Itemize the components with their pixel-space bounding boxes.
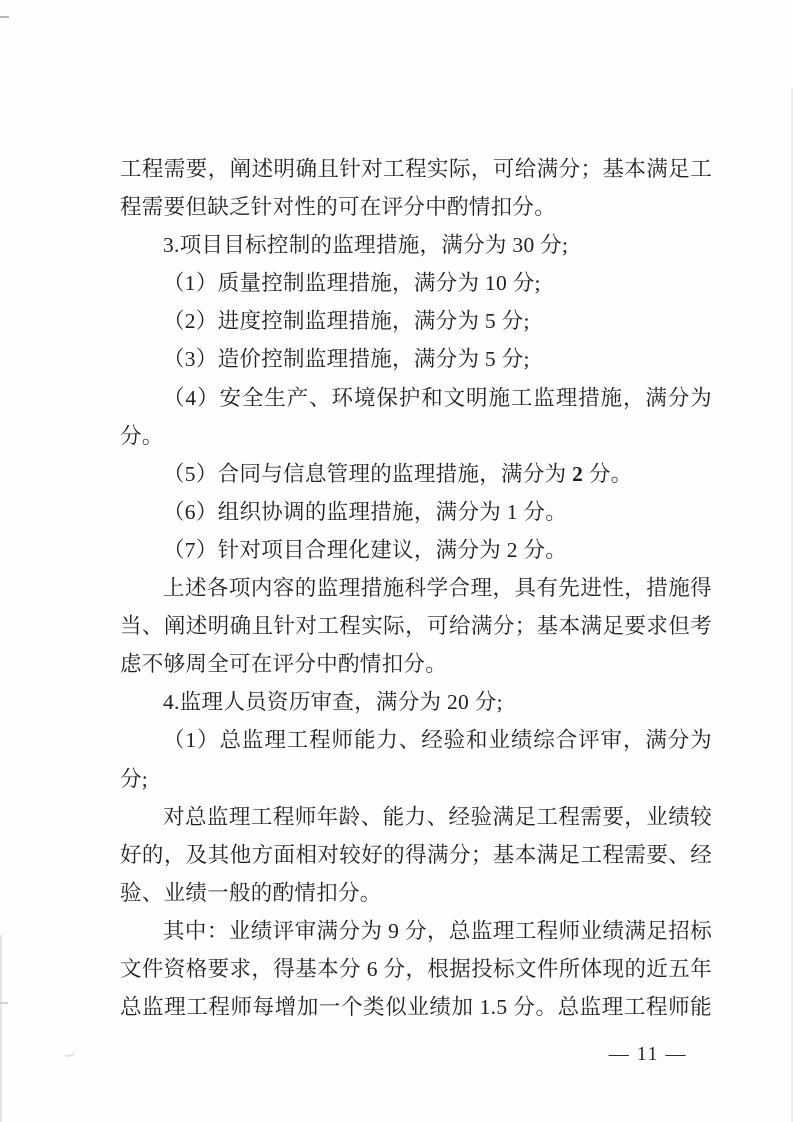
text-line: （4）安全生产、环境保护和文明施工监理措施，满分为 5	[120, 379, 712, 417]
text-line: 4.监理人员资历审查，满分为 20 分;	[120, 683, 712, 721]
scan-artifact-left-tick	[0, 1002, 8, 1004]
text-line: 工程需要，阐述明确且针对工程实际，可给满分；基本满足工	[120, 150, 712, 188]
text-line: （7）针对项目合理化建议，满分为 2 分。	[120, 531, 712, 569]
text-line: （2）进度控制监理措施，满分为 5 分;	[120, 302, 712, 340]
text-line: 程需要但缺乏针对性的可在评分中酌情扣分。	[120, 188, 712, 226]
document-page: 工程需要，阐述明确且针对工程实际，可给满分；基本满足工程需要但缺乏针对性的可在评…	[0, 0, 793, 1122]
text-line: 分;	[120, 760, 712, 798]
text-line: 当、阐述明确且针对工程实际，可给满分；基本满足要求但考	[120, 607, 712, 645]
text-line: （1）总监理工程师能力、经验和业绩综合评审，满分为 12	[120, 721, 712, 759]
scan-artifact-left-edge	[0, 935, 2, 1122]
page-number: — 11 —	[609, 1043, 687, 1066]
text-line: 文件资格要求，得基本分 6 分，根据投标文件所体现的近五年	[120, 950, 712, 988]
text-line: （1）质量控制监理措施，满分为 10 分;	[120, 264, 712, 302]
text-line: 好的，及其他方面相对较好的得满分；基本满足工程需要、经	[120, 836, 712, 874]
text-line: 验、业绩一般的酌情扣分。	[120, 874, 712, 912]
text-line: 3.项目目标控制的监理措施，满分为 30 分;	[120, 226, 712, 264]
text-body: 工程需要，阐述明确且针对工程实际，可给满分；基本满足工程需要但缺乏针对性的可在评…	[120, 150, 712, 1026]
text-line: 对总监理工程师年龄、能力、经验满足工程需要，业绩较	[120, 798, 712, 836]
scan-artifact-smudge	[60, 1042, 76, 1058]
text-line: 总监理工程师每增加一个类似业绩加 1.5 分。总监理工程师能	[120, 988, 712, 1026]
text-line: （3）造价控制监理措施，满分为 5 分;	[120, 340, 712, 378]
scan-artifact-top-left	[0, 16, 9, 18]
text-line: （5）合同与信息管理的监理措施，满分为 2 分。	[120, 455, 712, 493]
text-line: 上述各项内容的监理措施科学合理，具有先进性，措施得	[120, 569, 712, 607]
text-line: 虑不够周全可在评分中酌情扣分。	[120, 645, 712, 683]
text-line: （6）组织协调的监理措施，满分为 1 分。	[120, 493, 712, 531]
text-line: 分。	[120, 417, 712, 455]
text-line: 其中：业绩评审满分为 9 分，总监理工程师业绩满足招标	[120, 912, 712, 950]
